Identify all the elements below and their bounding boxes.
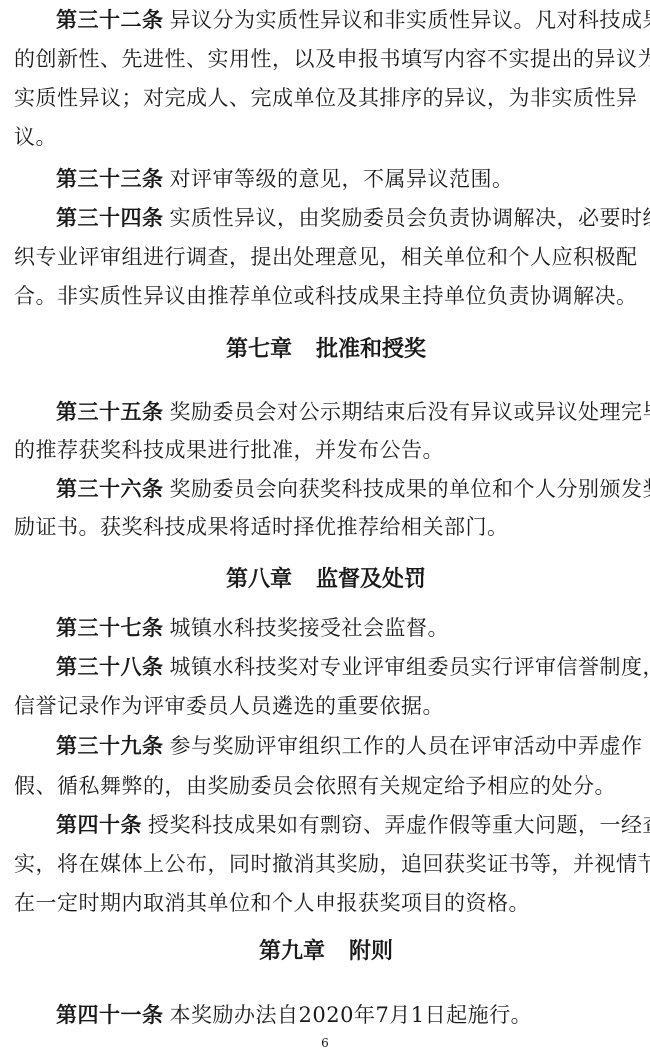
- chapter-number: 第九章: [259, 939, 325, 964]
- chapter-title: 附则: [349, 939, 393, 964]
- article-label: 第三十二条: [56, 8, 164, 32]
- article-32-line-1: 第三十二条异议分为实质性异议和非实质性异议。凡对科技成果: [56, 1, 650, 39]
- article-32-line-4: 议。: [14, 118, 57, 156]
- article-label: 第四十一条: [56, 1003, 164, 1027]
- article-33-line-1: 第三十三条对评审等级的意见，不属异议范围。: [56, 160, 514, 198]
- article-40-line-2: 实，将在媒体上公布，同时撤消其奖励，追回获奖证书等，并视情节: [14, 845, 650, 883]
- article-36-line-1: 第三十六条奖励委员会向获奖科技成果的单位和个人分别颁发奖: [56, 470, 650, 508]
- article-text: 异议分为实质性异议和非实质性异议。凡对科技成果: [170, 8, 650, 32]
- article-label: 第三十六条: [56, 477, 164, 501]
- article-34-line-3: 合。非实质性异议由推荐单位或科技成果主持单位负责协调解决。: [14, 277, 638, 315]
- article-32-line-2: 的创新性、先进性、实用性，以及申报书填写内容不实提出的异议为: [14, 40, 650, 78]
- article-32-line-3: 实质性异议；对完成人、完成单位及其排序的异议，为非实质性异: [14, 79, 638, 117]
- article-34-line-2: 织专业评审组进行调查，提出处理意见，相关单位和个人应积极配: [14, 238, 638, 276]
- article-34-line-1: 第三十四条实质性异议，由奖励委员会负责协调解决，必要时组: [56, 199, 650, 237]
- article-39-line-2: 假、循私舞弊的，由奖励委员会依照有关规定给予相应的处分。: [14, 767, 616, 805]
- article-text: 参与奖励评审组织工作的人员在评审活动中弄虚作: [170, 734, 643, 758]
- chapter-8-heading: 第八章监督及处罚: [14, 560, 638, 600]
- article-text: 实质性异议，由奖励委员会负责协调解决，必要时组: [170, 206, 650, 230]
- article-text: 授奖科技成果如有剽窃、弄虚作假等重大问题，一经查: [148, 813, 650, 837]
- article-35-line-2: 的推荐获奖科技成果进行批准，并发布公告。: [14, 431, 444, 469]
- article-37-line-1: 第三十七条城镇水科技奖接受社会监督。: [56, 609, 449, 647]
- chapter-title: 批准和授奖: [316, 337, 426, 362]
- chapter-title: 监督及处罚: [316, 567, 426, 592]
- article-label: 第三十五条: [56, 400, 164, 424]
- article-text: 奖励委员会向获奖科技成果的单位和个人分别颁发奖: [170, 477, 650, 501]
- chapter-9-heading: 第九章附则: [14, 932, 638, 972]
- chapter-7-heading: 第七章批准和授奖: [14, 330, 638, 370]
- article-35-line-1: 第三十五条奖励委员会对公示期结束后没有异议或异议处理完毕: [56, 393, 650, 431]
- article-38-line-1: 第三十八条城镇水科技奖对专业评审组委员实行评审信誉制度，: [56, 648, 650, 686]
- article-label: 第三十七条: [56, 616, 164, 640]
- article-text: 奖励委员会对公示期结束后没有异议或异议处理完毕: [170, 400, 650, 424]
- article-41-line-1: 第四十一条本奖励办法自2020年7月1日起施行。: [56, 996, 532, 1034]
- article-label: 第三十三条: [56, 167, 164, 191]
- article-40-line-1: 第四十条授奖科技成果如有剽窃、弄虚作假等重大问题，一经查: [56, 806, 650, 844]
- article-label: 第三十四条: [56, 206, 164, 230]
- article-text: 本奖励办法自2020年7月1日起施行。: [170, 1003, 533, 1027]
- article-label: 第三十八条: [56, 655, 164, 679]
- article-38-line-2: 信誉记录作为评审委员人员遴选的重要依据。: [14, 687, 444, 725]
- article-label: 第三十九条: [56, 734, 164, 758]
- chapter-number: 第八章: [226, 567, 292, 592]
- article-text: 城镇水科技奖对专业评审组委员实行评审信誉制度，: [170, 655, 650, 679]
- article-40-line-3: 在一定时期内取消其单位和个人申报获奖项目的资格。: [14, 884, 530, 922]
- article-text: 对评审等级的意见，不属异议范围。: [170, 167, 514, 191]
- article-39-line-1: 第三十九条参与奖励评审组织工作的人员在评审活动中弄虚作: [56, 727, 643, 765]
- article-36-line-2: 励证书。获奖科技成果将适时择优推荐给相关部门。: [14, 508, 509, 546]
- page-number: 6: [0, 1036, 650, 1050]
- chapter-number: 第七章: [226, 337, 292, 362]
- article-text: 城镇水科技奖接受社会监督。: [170, 616, 450, 640]
- article-label: 第四十条: [56, 813, 142, 837]
